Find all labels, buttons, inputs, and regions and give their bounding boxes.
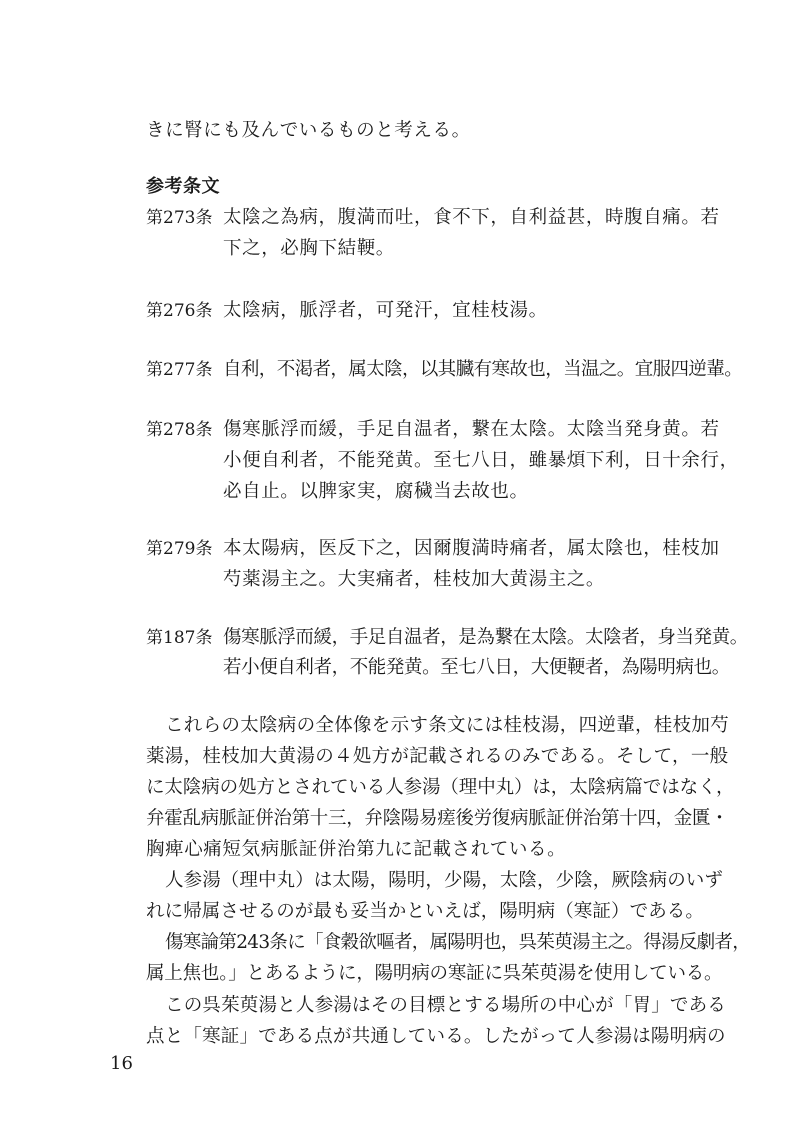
article-label: 第273条: [146, 206, 212, 230]
intro-line: きに腎にも及んでいるものと考える。: [146, 119, 694, 143]
article-text-line: 下之，必胸下結鞕。: [223, 237, 395, 261]
article-text-line: 太陰病，脈浮者，可発汗，宜桂枝湯。: [223, 299, 548, 323]
paragraph-line: 傷寒論第243条に「食穀欲嘔者，属陽明也，呉茱萸湯主之。得湯反劇者，: [165, 931, 713, 955]
paragraph-line: 点と「寒証」である点が共通している。したがって人参湯は陽明病の: [146, 1025, 694, 1049]
article-text-line: 本太陽病，医反下之，因爾腹満時痛者，属太陰也，桂枝加: [223, 537, 720, 561]
page-number: 16: [110, 1052, 133, 1076]
paragraph-line: 属上焦也。」とあるように，陽明病の寒証に呉茱萸湯を使用している。: [146, 962, 694, 986]
document-page: きに腎にも及んでいるものと考える。 参考条文 第273条 太陰之為病，腹満而吐，…: [0, 0, 800, 1135]
paragraph-line: れに帰属させるのが最も妥当かといえば，陽明病（寒証）である。: [146, 900, 694, 924]
article-text-line: 必自止。以脾家実，腐穢当去故也。: [223, 480, 529, 504]
paragraph-line: 薬湯，桂枝加大黄湯の４処方が記載されるのみである。そして，一般: [146, 745, 694, 769]
article-text-line: 小便自利者，不能発黄。至七八日，雖暴煩下利，日十余行，: [223, 449, 739, 473]
paragraph-line: 人参湯（理中丸）は太陽，陽明，少陽，太陰，少陰，厥陰病のいず: [165, 869, 713, 893]
article-text-line: 自利，不渇者，属太陰，以其臓有寒故也，当温之。宜服四逆輩。: [223, 358, 742, 382]
article-label: 第279条: [146, 537, 212, 561]
section-heading: 参考条文: [146, 175, 220, 199]
paragraph-line: 弁霍乱病脈証併治第十三，弁陰陽易瘥後労復病脈証併治第十四，金匱・: [146, 807, 694, 831]
article-text-line: 傷寒脈浮而緩，手足自温者，是為繋在太陰。太陰者，身当発黄。: [223, 626, 748, 650]
paragraph-line: に太陰病の処方とされている人参湯（理中丸）は，太陰病篇ではなく，: [146, 776, 694, 800]
article-text-line: 太陰之為病，腹満而吐，食不下，自利益甚，時腹自痛。若: [223, 206, 720, 230]
article-label: 第187条: [146, 626, 212, 650]
paragraph-line: 胸痺心痛短気病脈証併治第九に記載されている。: [146, 838, 694, 862]
article-text-line: 若小便自利者，不能発黄。至七八日，大便鞕者，為陽明病也。: [223, 656, 730, 680]
paragraph-line: これらの太陰病の全体像を示す条文には桂枝湯，四逆輩，桂枝加芍: [165, 714, 713, 738]
article-label: 第277条: [146, 358, 212, 382]
article-label: 第278条: [146, 418, 212, 442]
article-text-line: 芍薬湯主之。大実痛者，桂枝加大黄湯主之。: [223, 568, 605, 592]
article-label: 第276条: [146, 299, 212, 323]
paragraph-line: この呉茱萸湯と人参湯はその目標とする場所の中心が「胃」である: [165, 994, 713, 1018]
article-text-line: 傷寒脈浮而緩，手足自温者，繋在太陰。太陰当発身黄。若: [223, 418, 720, 442]
